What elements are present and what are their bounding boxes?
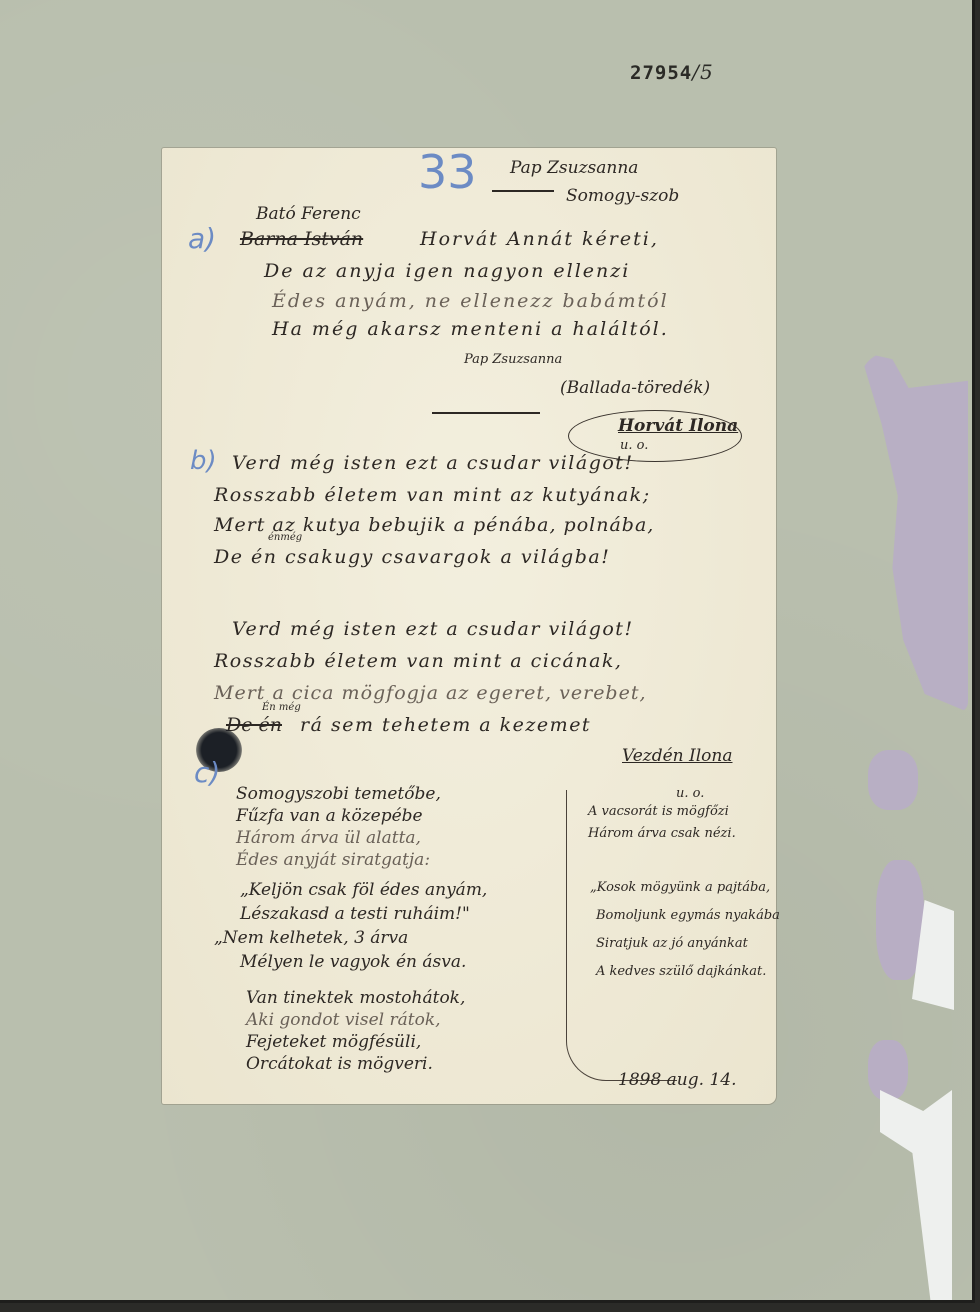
verse-line: Bomoljunk egymás nyakába [596, 908, 780, 923]
verse-line: De az anyja igen nagyon ellenzi [264, 260, 630, 282]
verse-line: „Keljön csak föl édes anyám, [240, 880, 487, 900]
verse-line: Fűzfa van a közepébe [236, 806, 423, 826]
correction-above: Bató Ferenc [256, 204, 361, 224]
verse-line: Ha még akarsz menteni a haláltól. [272, 318, 669, 340]
verse-line: „Nem kelhetek, 3 árva [214, 928, 408, 948]
verse-line: Aki gondot visel rátok, [246, 1010, 441, 1030]
catalog-number: 27954/5 [630, 60, 714, 84]
informant-name: Horvát Ilona [618, 416, 738, 436]
informant-name: Vezdén Ilona [622, 746, 733, 766]
section-b-label: b) [190, 446, 217, 476]
verse-line: Horvát Annát kéreti, [420, 228, 659, 250]
catalog-number-suffix: /5 [692, 60, 713, 84]
verse-line: A vacsorát is mögfőzi [588, 804, 729, 819]
torn-paper-residue [880, 1090, 952, 1300]
glue-stain [860, 352, 968, 712]
verse-line: Fejeteket mögfésüli, [246, 1032, 421, 1052]
verse-line: Orcátokat is mögveri. [246, 1054, 433, 1074]
verse-line: De én csakugy csavargok a világba! [214, 546, 610, 568]
interlinear-insert: Én még [262, 702, 301, 713]
struck-name: Barna István [240, 228, 363, 250]
verse-line: Rosszabb életem van mint az kutyának; [214, 484, 651, 506]
verse-line: Verd még isten ezt a csudar világot! [232, 452, 634, 474]
page-number-pencil: 33 [418, 145, 477, 199]
underline [492, 190, 554, 192]
verse-line: rá sem tehetem a kezemet [300, 714, 591, 736]
section-a-label: a) [188, 222, 216, 255]
archival-mount-board: 27954/5 33 Pap Zsuzsanna Somogy-szob a) … [0, 0, 975, 1303]
informant-note: u. o. [676, 786, 704, 801]
separator-line [432, 412, 540, 414]
verse-line: Somogyszobi temetőbe, [236, 784, 441, 804]
section-c-label: c) [194, 756, 220, 789]
verse-line: Mert a cica mögfogja az egeret, verebet, [214, 682, 647, 704]
verse-line: Van tinektek mostohátok, [246, 988, 465, 1008]
collector-name: Pap Zsuzsanna [510, 158, 638, 178]
fragment-note: (Ballada-töredék) [560, 378, 710, 398]
verse-line: Lészakasd a testi ruháim!" [240, 904, 470, 924]
glue-stain [868, 1040, 908, 1100]
collection-place: Somogy-szob [566, 186, 679, 206]
verse-line: „Kosok mögyünk a pajtába, [590, 880, 770, 895]
verse-line: Rosszabb életem van mint a cicának, [214, 650, 622, 672]
verse-line: Édes anyját siratgatja: [236, 850, 430, 870]
verse-line: Három árva csak nézi. [588, 826, 736, 841]
signature: Pap Zsuzsanna [464, 352, 562, 367]
interlinear-insert: énmég [268, 532, 302, 543]
catalog-number-main: 27954 [630, 62, 692, 84]
verse-line: Verd még isten ezt a csudar világot! [232, 618, 634, 640]
verse-line: Édes anyám, ne ellenezz babámtól [272, 290, 669, 312]
informant-note: u. o. [620, 438, 648, 453]
verse-line: Három árva ül alatta, [236, 828, 421, 848]
verse-line: Siratjuk az jó anyánkat [596, 936, 748, 951]
glue-stain [868, 750, 918, 810]
verse-line: A kedves szülő dajkánkat. [596, 964, 766, 979]
verse-line: Mélyen le vagyok én ásva. [240, 952, 466, 972]
date: 1898 aug. 14. [618, 1070, 736, 1090]
